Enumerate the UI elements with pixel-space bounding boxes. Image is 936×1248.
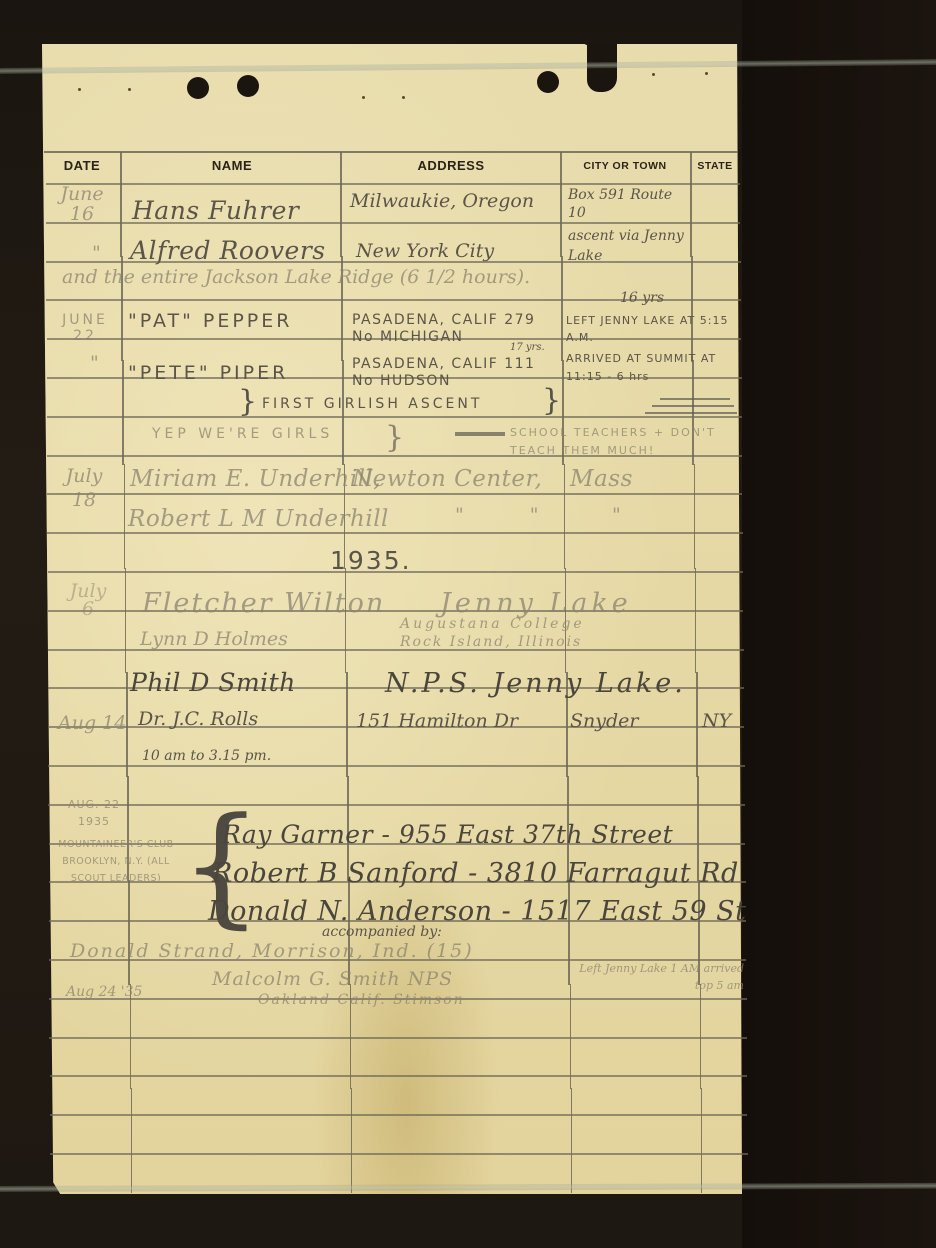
column-line	[571, 1088, 573, 1193]
entry-note: 10 am to 3.15 pm.	[142, 748, 271, 764]
pin-hole	[78, 88, 81, 91]
entry-address: Milwaukie, Oregon	[350, 192, 550, 210]
entry-city: Rock Island, Illinois	[400, 634, 700, 650]
entry-date: Aug 14	[58, 712, 126, 734]
entry-city: ARRIVED AT SUMMIT AT 11:15 - 6 hrs	[566, 350, 738, 386]
row-line	[47, 532, 742, 534]
row-line	[46, 183, 740, 185]
entry-group: MOUNTAINEER'S CLUB BROOKLYN, N.Y. (ALL S…	[52, 836, 180, 887]
background	[742, 0, 936, 1248]
accompanied-label: accompanied by:	[322, 924, 442, 940]
column-line	[701, 1088, 703, 1193]
pin-hole	[705, 72, 708, 75]
entry-date: Aug 24 '35	[66, 984, 142, 1000]
entry-address: PASADENA, CALIF 279 No MICHIGAN	[352, 312, 562, 346]
entry-date: AUG. 22 1935	[58, 796, 130, 830]
column-line	[700, 984, 702, 1089]
entry-name: Dr. J.C. Rolls	[138, 708, 258, 730]
entry-city: Snyder	[570, 710, 638, 732]
entry-date: "	[90, 352, 99, 374]
entry-state: NY	[702, 710, 731, 732]
brace: }	[542, 383, 561, 418]
pin-hole	[128, 88, 131, 91]
row-line	[50, 1114, 748, 1116]
punch-hole	[537, 71, 559, 93]
entry-name: Hans Fuhrer	[132, 196, 299, 225]
column-line	[351, 1088, 353, 1193]
scribble	[652, 405, 734, 407]
row-line	[49, 1037, 746, 1039]
entry-address: Augustana College	[400, 616, 700, 632]
entry-address: 151 Hamilton Dr	[356, 710, 518, 732]
entry-date: July 18	[56, 464, 112, 512]
column-line	[128, 880, 130, 985]
header-state: STATE	[690, 160, 740, 172]
header-date: DATE	[42, 158, 122, 173]
column-line	[345, 568, 347, 673]
entry-city: Left Jenny Lake 1 AM arrived top 5 am	[566, 960, 744, 994]
column-line	[346, 672, 348, 777]
row-line	[50, 1153, 748, 1155]
column-line	[122, 360, 124, 465]
entry-name: "PETE" PIPER	[128, 362, 288, 384]
row-line	[50, 1075, 748, 1077]
entry-city: LEFT JENNY LAKE AT 5:15 A.M.	[566, 312, 738, 346]
entry-note: SCHOOL TEACHERS + DON'T TEACH THEM MUCH!	[405, 424, 735, 460]
pin-hole	[402, 96, 405, 99]
entry-date: June 16	[52, 184, 112, 224]
header-name: NAME	[122, 158, 342, 173]
column-line	[342, 360, 344, 465]
entry-note: YEP WE'RE GIRLS	[152, 426, 333, 442]
companion: Donald Strand, Morrison, Ind. (15)	[70, 940, 474, 962]
entry-date: "	[92, 242, 101, 264]
entry-address-note: 17 yrs.	[510, 342, 545, 353]
column-line	[131, 1088, 133, 1193]
column-line	[125, 568, 127, 673]
brace: }	[385, 420, 404, 455]
header-address: ADDRESS	[342, 158, 560, 173]
pin-hole	[362, 96, 365, 99]
entry-date: JUNE 22	[56, 312, 114, 344]
entry-city: Mass	[570, 466, 633, 492]
header-city: CITY OR TOWN	[560, 160, 690, 172]
row-line	[47, 416, 742, 418]
pin-hole	[652, 73, 655, 76]
column-line	[696, 672, 698, 777]
entry-address: Jenny Lake	[440, 588, 632, 619]
row-line	[47, 493, 742, 495]
entry-name: Fletcher Wilton	[142, 588, 385, 619]
entry-address: New York City	[356, 240, 494, 262]
entry-date: July 6	[62, 582, 114, 618]
entry-name: Malcolm G. Smith NPS	[212, 968, 453, 990]
entry-name: Robert L M Underhill	[128, 506, 389, 532]
brace: }	[238, 384, 257, 419]
member: Robert B Sanford - 3810 Farragut Rd	[212, 858, 739, 889]
entry-note: FIRST GIRLISH ASCENT	[262, 396, 482, 412]
entry-name: Phil D Smith	[130, 668, 296, 697]
column-line	[124, 464, 126, 569]
punch-hole	[237, 75, 259, 97]
row-line	[48, 804, 744, 806]
entry-name: "PAT" PEPPER	[128, 310, 292, 332]
row-line	[44, 151, 738, 153]
entry-city: ascent via Jenny Lake	[568, 226, 693, 266]
scribble	[645, 412, 737, 414]
member: Donald N. Anderson - 1517 East 59 St	[208, 896, 746, 927]
year-heading: 1935.	[330, 546, 412, 575]
entry-address: N.P.S. Jenny Lake.	[385, 668, 686, 699]
entry-city: Box 591 Route 10	[568, 186, 678, 222]
entry-note-extra: 16 yrs	[620, 290, 664, 306]
entry-name: Alfred Roovers	[130, 236, 326, 265]
member: Ray Garner - 955 East 37th Street	[222, 820, 673, 849]
punch-hole	[187, 77, 209, 99]
entry-address: PASADENA, CALIF 111 No HUDSON	[352, 356, 562, 390]
column-line	[570, 984, 572, 1089]
entry-address: " "	[455, 504, 569, 526]
entry-note: and the entire Jackson Lake Ridge (6 1/2…	[62, 266, 530, 288]
entry-city: "	[612, 504, 621, 526]
entry-name: Miriam E. Underhill,	[130, 466, 381, 492]
column-line	[694, 464, 696, 569]
entry-address: Newton Center,	[352, 466, 542, 492]
scribble	[660, 398, 730, 400]
entry-address: Oakland Calif. Stimson	[258, 992, 465, 1008]
row-line	[48, 765, 744, 767]
entry-name: Lynn D Holmes	[140, 628, 288, 650]
